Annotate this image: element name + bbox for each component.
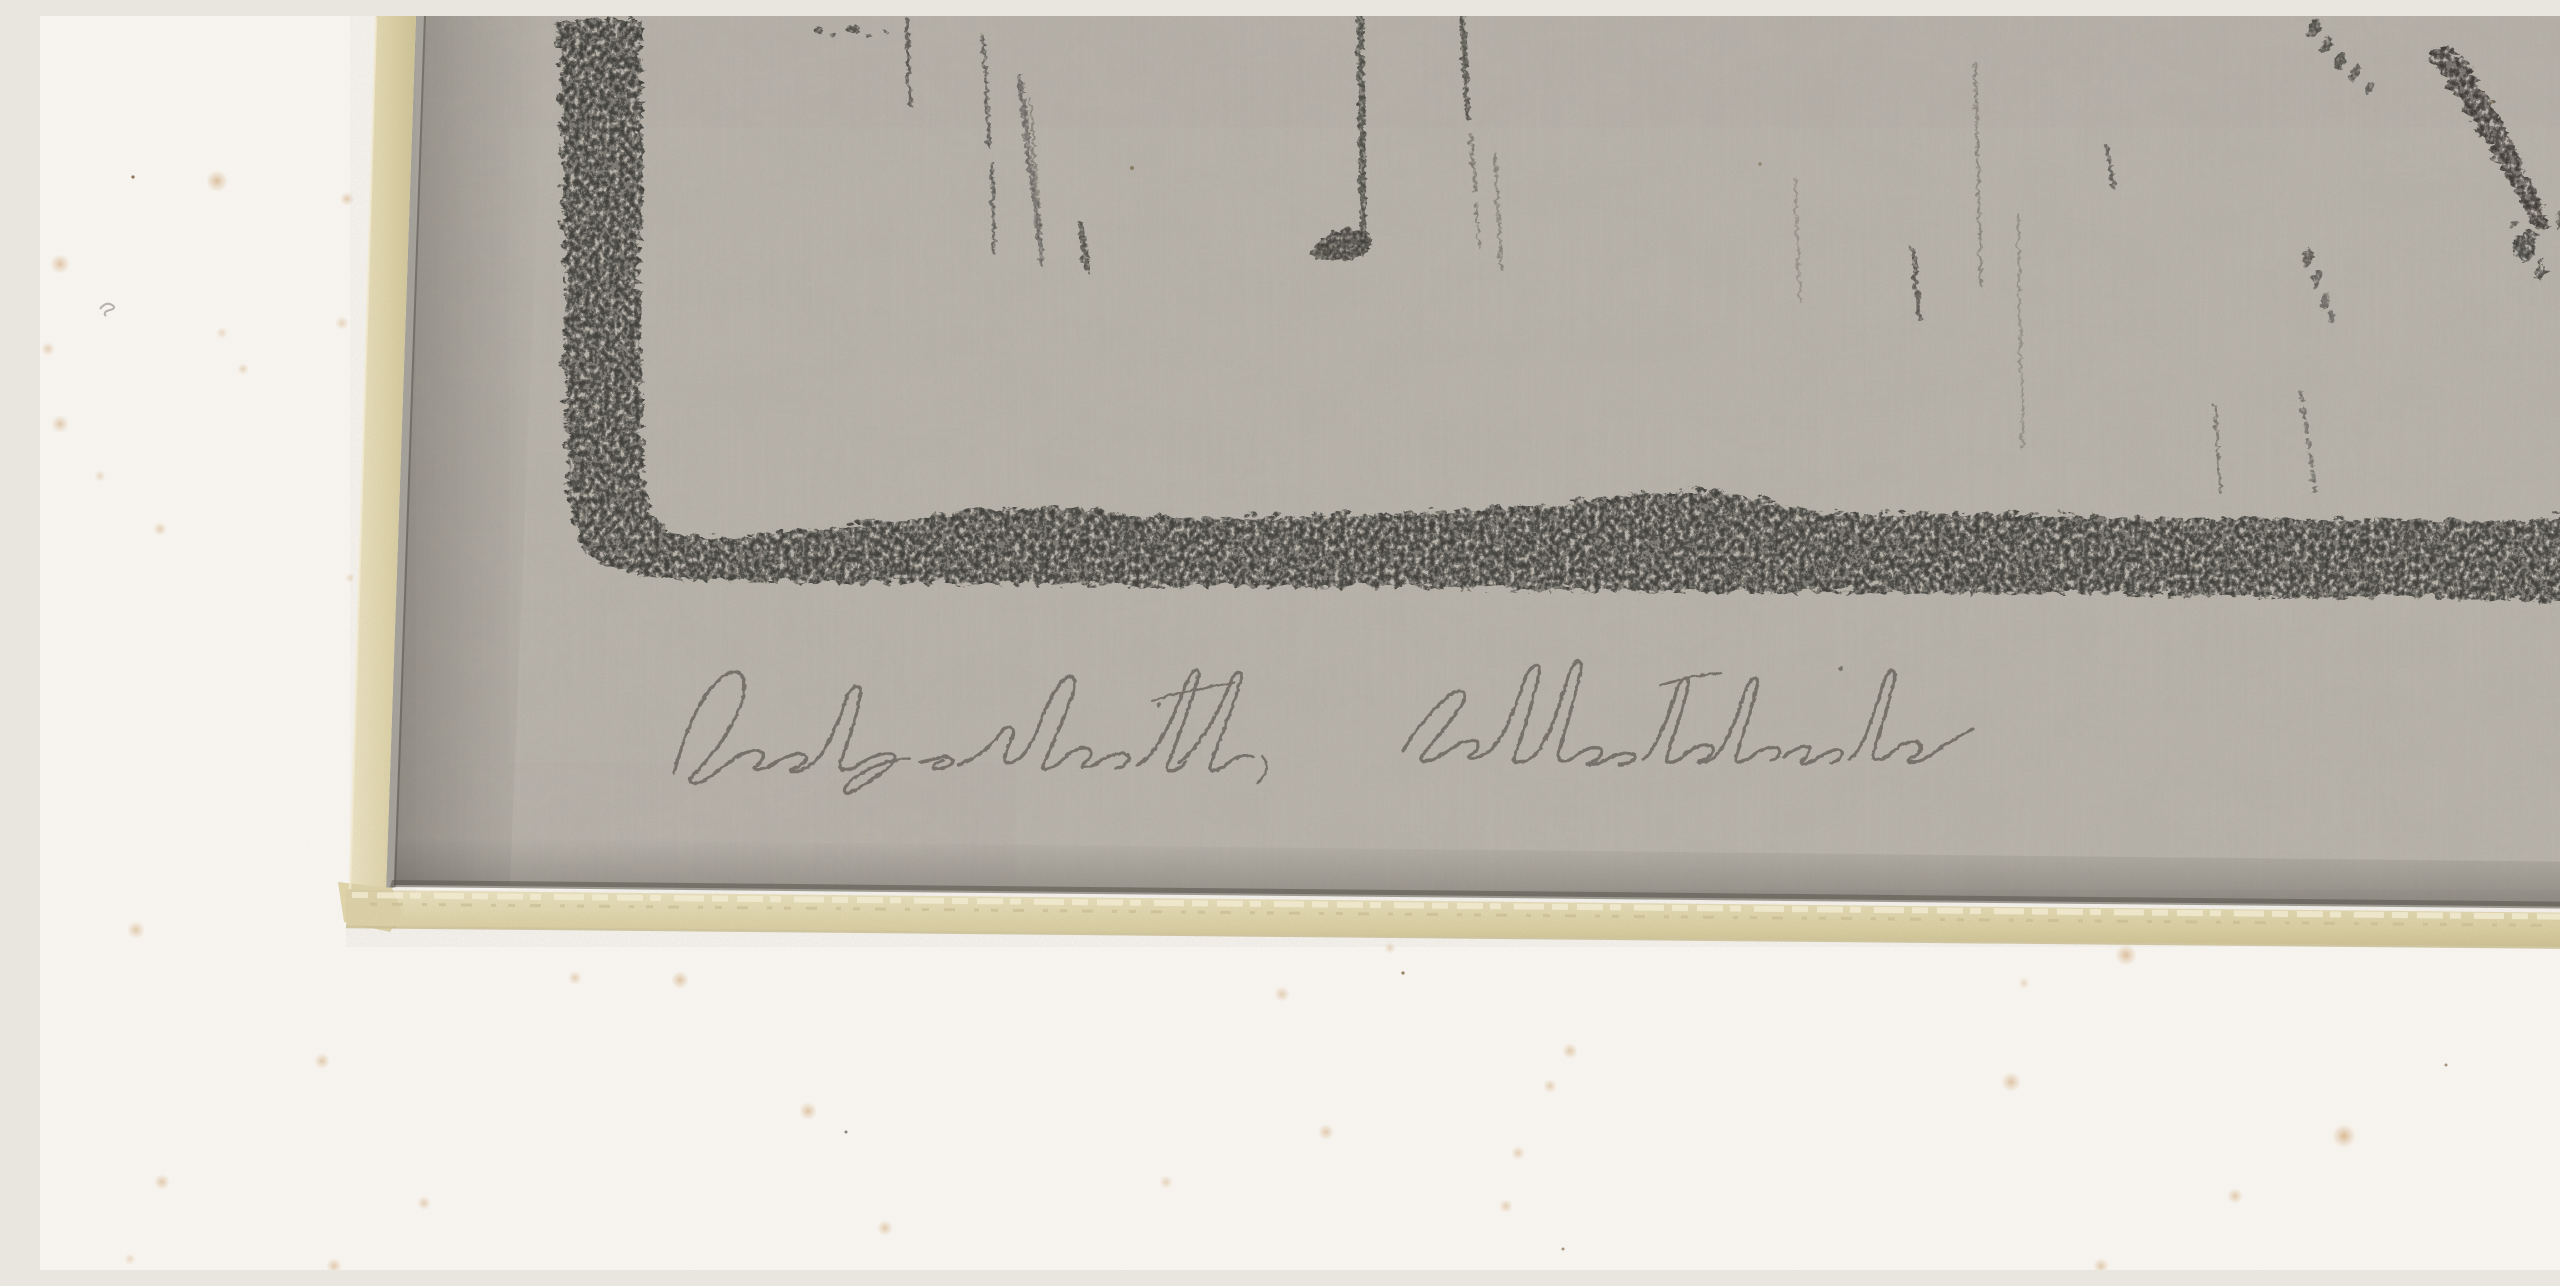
artwork-canvas: Holzschnitt. Selbstdruck — [40, 16, 2560, 1270]
i-dot — [1156, 702, 1161, 707]
i-dot — [1838, 666, 1843, 671]
ink-spot — [2506, 216, 2514, 228]
matted-woodcut-photo: Holzschnitt. Selbstdruck — [40, 16, 2560, 1270]
